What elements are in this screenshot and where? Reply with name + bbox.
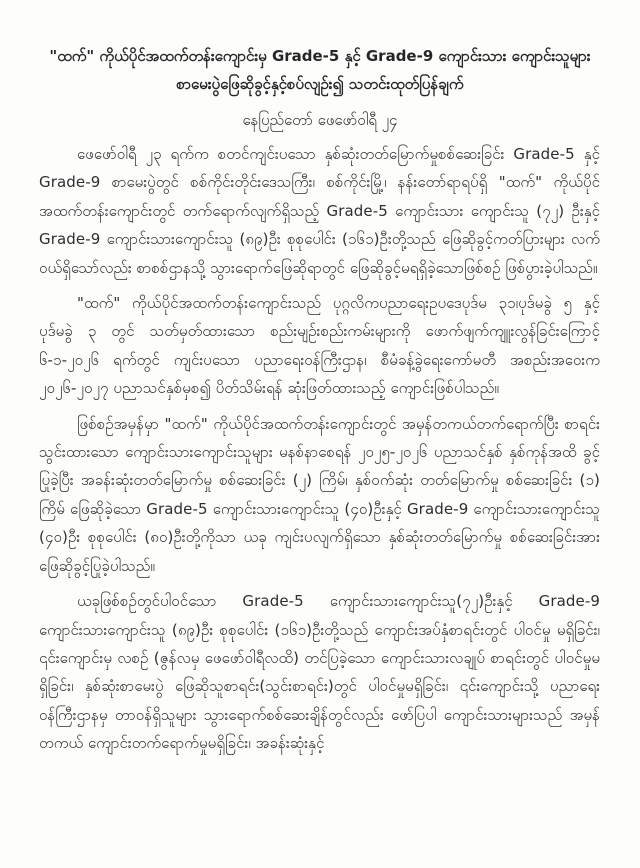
paragraph-4: ယခုဖြစ်စဉ်တွင်ပါဝင်သော Grade-5 ကျောင်းသာ… [39,587,600,757]
title-line-2: စာမေးပွဲဖြေဆိုခွင့်နှင့်စပ်လျဉ်း၍ သတင်းထ… [28,70,612,98]
paragraph-2: "ထက်" ကိုယ်ပိုင်အထက်တန်းကျောင်းသည် ပုဂ္ဂ… [39,289,600,403]
document-title: "ထက်" ကိုယ်ပိုင်အထက်တန်းကျောင်းမှ Grade-… [28,42,612,98]
document-page: "ထက်" ကိုယ်ပိုင်အထက်တန်းကျောင်းမှ Grade-… [0,0,640,868]
paragraph-3: ဖြစ်စဉ်အမှန်မှာ "ထက်" ကိုယ်ပိုင်အထက်တန်း… [39,410,600,580]
paragraph-1: ဖေဖော်ဝါရီ ၂၃ ရက်က စတင်ကျင်းပသော နှစ်ဆုံ… [39,140,600,282]
title-line-1: "ထက်" ကိုယ်ပိုင်အထက်တန်းကျောင်းမှ Grade-… [28,42,612,70]
dateline: နေပြည်တော် ဖေဖော်ဝါရီ ၂၄ [30,108,610,132]
document-body: ဖေဖော်ဝါရီ ၂၃ ရက်က စတင်ကျင်းပသော နှစ်ဆုံ… [39,140,600,758]
